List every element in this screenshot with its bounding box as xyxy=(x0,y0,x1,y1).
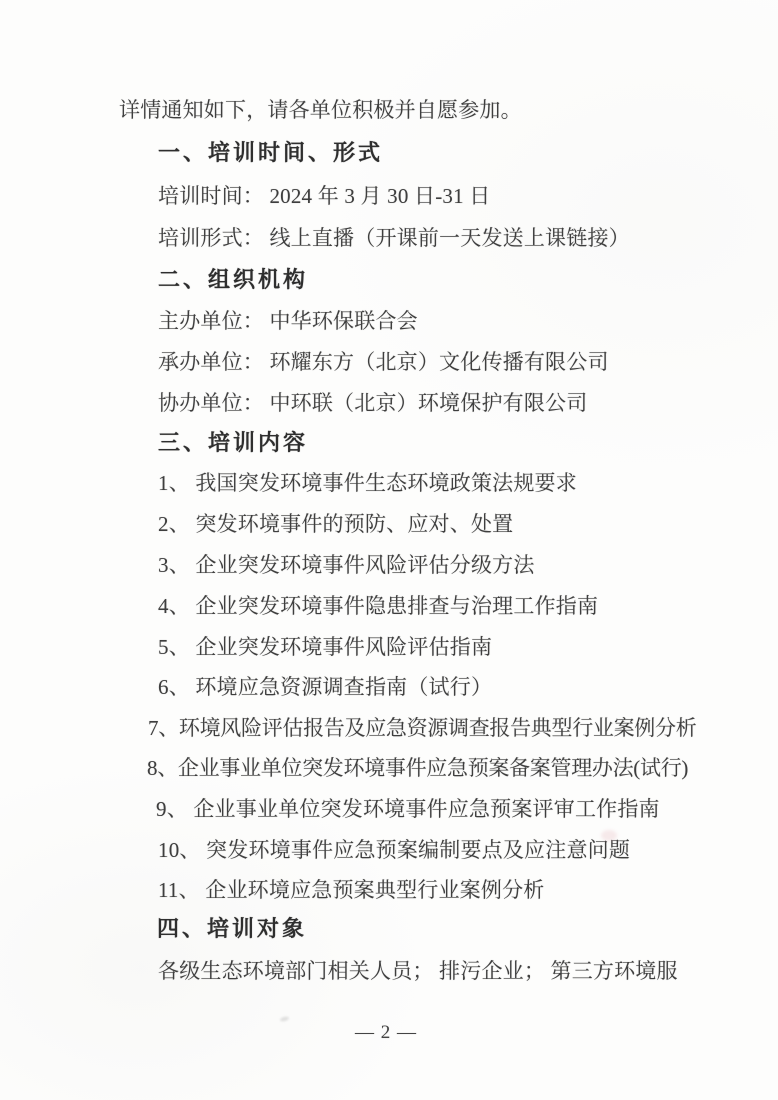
content-item-1: 1、 我国突发环境事件生态环境政策法规要求 xyxy=(158,471,577,495)
section-2-heading: 二、组织机构 xyxy=(158,267,308,292)
content-item-7: 7、环境风险评估报告及应急资源调查报告典型行业案例分析 xyxy=(148,716,696,740)
section-3-heading: 三、培训内容 xyxy=(158,430,308,455)
intro-paragraph: 详情通知如下，请各单位积极并自愿参加。 xyxy=(119,98,522,122)
section-1-heading: 一、培训时间、形式 xyxy=(158,140,383,165)
section-4-heading: 四、培训对象 xyxy=(157,916,307,941)
audience-line: 各级生态环境部门相关人员； 排污企业； 第三方环境服 xyxy=(158,959,678,983)
page-number: — 2 — xyxy=(355,1022,417,1044)
training-format-line: 培训形式： 线上直播（开课前一天发送上课链接） xyxy=(158,226,630,250)
undertaker-line: 承办单位： 环耀东方（北京）文化传播有限公司 xyxy=(158,350,609,374)
organizer-line: 主办单位： 中华环保联合会 xyxy=(158,309,418,333)
content-item-4: 4、 企业突发环境事件隐患排查与治理工作指南 xyxy=(158,594,598,618)
content-item-6: 6、 环境应急资源调查指南（试行） xyxy=(158,675,492,699)
content-item-3: 3、 企业突发环境事件风险评估分级方法 xyxy=(158,553,535,577)
content-item-11: 11、 企业环境应急预案典型行业案例分析 xyxy=(158,878,544,902)
training-time-line: 培训时间： 2024 年 3 月 30 日-31 日 xyxy=(158,184,490,208)
scanned-document-page: 详情通知如下，请各单位积极并自愿参加。 一、培训时间、形式 培训时间： 2024… xyxy=(0,0,778,1100)
content-item-9: 9、 企业事业单位突发环境事件应急预案评审工作指南 xyxy=(156,797,660,821)
co-organizer-line: 协办单位： 中环联（北京）环境保护有限公司 xyxy=(158,391,587,415)
content-item-5: 5、 企业突发环境事件风险评估指南 xyxy=(158,635,492,659)
content-item-8: 8、企业事业单位突发环境事件应急预案备案管理办法(试行) xyxy=(147,756,688,780)
scan-artifact-gray xyxy=(280,1016,290,1022)
content-item-10: 10、 突发环境事件应急预案编制要点及应注意问题 xyxy=(158,838,630,862)
content-item-2: 2、 突发环境事件的预防、应对、处置 xyxy=(158,512,513,536)
